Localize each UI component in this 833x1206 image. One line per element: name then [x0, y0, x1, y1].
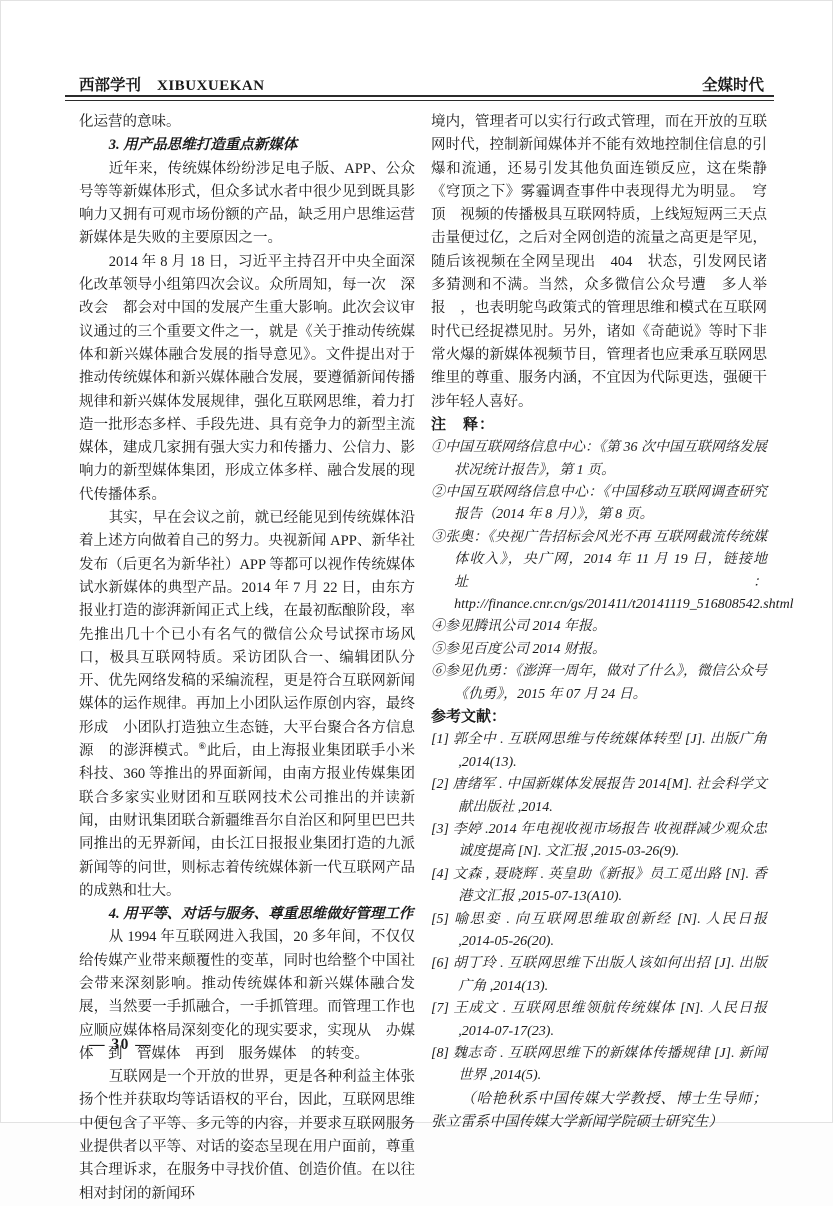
note-item: ⑥参见仇勇：《澎湃一周年，做对了什么》，微信公众号《仇勇》，2015 年 07 …: [431, 661, 767, 706]
header-rule-divider: [65, 95, 774, 101]
paragraph-text: 其实，早在会议之前，就已经能见到传统媒体沿着上述方向做着自己的努力。央视新闻 A…: [79, 510, 415, 759]
references-list: [1] 郭全中 . 互联网思维与传统媒体转型 [J]. 出版广角 ,2014(1…: [431, 729, 767, 1088]
section-heading-3: 3. 用产品思维打造重点新媒体: [79, 134, 415, 157]
paragraph-continuation: 化运营的意味。: [79, 111, 415, 134]
journal-title-cn: 西部学刊: [79, 77, 141, 94]
author-note: （哈艳秋系中国传媒大学教授、博士生导师；张立雷系中国传媒大学新闻学院硕士研究生）: [431, 1088, 767, 1135]
article-body: 化运营的意味。 3. 用产品思维打造重点新媒体 近年来，传统媒体纷纷涉足电子版、…: [79, 111, 767, 1206]
notes-heading: 注 释：: [431, 414, 767, 437]
note-item: ④参见腾讯公司 2014 年报。: [431, 616, 767, 638]
journal-title: 西部学刊XIBUXUEKAN: [79, 73, 265, 95]
note-item: ①中国互联网络信息中心：《第 36 次中国互联网络发展状况统计报告》，第 1 页…: [431, 437, 767, 482]
footnote-marker: ⑥: [198, 741, 206, 751]
note-item: ③张奥：《央视广告招标会风光不再 互联网截流传统媒体收入》，央广网，2014 年…: [431, 527, 767, 617]
paragraph-text: 此后，由上海报业集团联手小米科技、360 等推出的界面新闻，由南方报业传媒集团联…: [79, 743, 415, 899]
reference-item: [4] 文森 , 聂晓辉 . 英皇助《新报》员工觅出路 [N]. 香港文汇报 ,…: [431, 864, 767, 909]
reference-item: [1] 郭全中 . 互联网思维与传统媒体转型 [J]. 出版广角 ,2014(1…: [431, 729, 767, 774]
reference-item: [8] 魏志奇 . 互联网思维下的新媒体传播规律 [J]. 新闻世界 ,2014…: [431, 1043, 767, 1088]
reference-item: [3] 李婷 .2014 年电视收视市场报告 收视群减少观众忠诚度提高 [N].…: [431, 819, 767, 864]
journal-page: 西部学刊XIBUXUEKAN 全媒时代 化运营的意味。 3. 用产品思维打造重点…: [0, 0, 833, 1123]
section-heading-4: 4. 用平等、对话与服务、尊重思维做好管理工作: [79, 903, 415, 926]
paragraph: 其实，早在会议之前，就已经能见到传统媒体沿着上述方向做着自己的努力。央视新闻 A…: [79, 507, 415, 903]
page-footer: — 30 —: [89, 1036, 152, 1054]
paragraph: 近年来，传统媒体纷纷涉足电子版、APP、公众号等等新媒体形式，但众多试水者中很少…: [79, 158, 415, 251]
reference-item: [2] 唐绪军 . 中国新媒体发展报告 2014[M]. 社会科学文献出版社 ,…: [431, 774, 767, 819]
section-title: 全媒时代: [702, 73, 764, 95]
references-heading: 参考文献：: [431, 706, 767, 729]
paragraph: 2014 年 8 月 18 日，习近平主持召开中央全面深化改革领导小组第四次会议…: [79, 251, 415, 507]
page-header: 西部学刊XIBUXUEKAN 全媒时代: [79, 73, 764, 95]
paragraph-continuation: 境内，管理者可以实行行政式管理，而在开放的互联网时代，控制新闻媒体并不能有效地控…: [431, 111, 767, 414]
paragraph: 互联网是一个开放的世界，更是各种利益主体张扬个性并获取均等话语权的平台，因此，互…: [79, 1066, 415, 1206]
reference-item: [6] 胡丁玲 . 互联网思维下出版人该如何出招 [J]. 出版广角 ,2014…: [431, 953, 767, 998]
note-item: ②中国互联网络信息中心：《中国移动互联网调查研究报告（2014 年 8 月）》，…: [431, 482, 767, 527]
page-number: — 30 —: [89, 1036, 152, 1053]
reference-item: [7] 王成文 . 互联网思维领航传统媒体 [N]. 人民日报 ,2014-07…: [431, 998, 767, 1043]
right-column: 境内，管理者可以实行行政式管理，而在开放的互联网时代，控制新闻媒体并不能有效地控…: [431, 111, 767, 1206]
reference-item: [5] 喻思娈 . 向互联网思维取创新经 [N]. 人民日报 ,2014-05-…: [431, 909, 767, 954]
journal-title-en: XIBUXUEKAN: [157, 78, 265, 94]
notes-list: ①中国互联网络信息中心：《第 36 次中国互联网络发展状况统计报告》，第 1 页…: [431, 437, 767, 706]
note-item: ⑤参见百度公司 2014 财报。: [431, 639, 767, 661]
